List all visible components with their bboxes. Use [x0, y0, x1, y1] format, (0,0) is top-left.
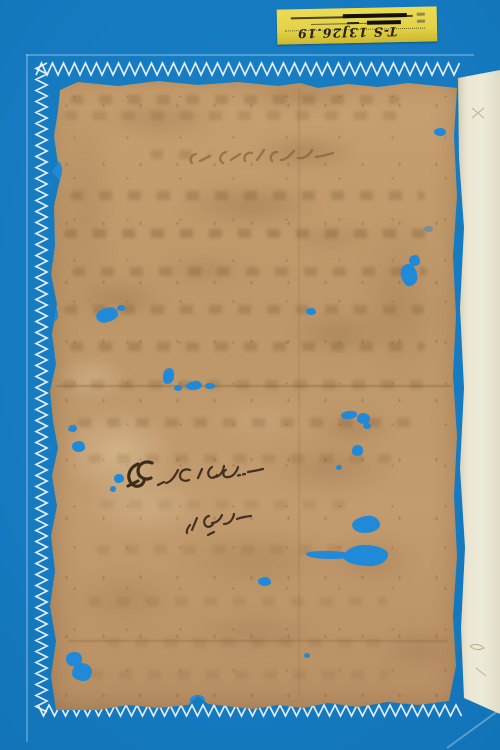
- scale-unit-mark: [417, 13, 425, 16]
- fragment-hole: [363, 423, 371, 429]
- fragment-hole: [110, 486, 116, 492]
- faded-text-line: [100, 500, 360, 509]
- fragment-hole: [304, 653, 310, 658]
- faded-text-line: [70, 191, 425, 200]
- scale-bar-icon: [347, 21, 359, 24]
- fragment-hole: [117, 305, 125, 311]
- horizontal-crease: [68, 640, 448, 642]
- vertical-crease: [298, 88, 300, 698]
- fragment-hole: [424, 226, 433, 232]
- fragment-hole: [258, 577, 271, 586]
- fragment-hole: [336, 465, 342, 470]
- fragment-hole: [114, 474, 124, 483]
- dark-stain: [175, 183, 325, 228]
- scale-bar-icon: [343, 13, 407, 18]
- fragment-hole: [434, 128, 446, 136]
- fragment-hole: [68, 425, 77, 432]
- dark-stain: [265, 441, 395, 496]
- faded-text-line: [64, 229, 434, 238]
- classmark-label: T-S 13J26.19: [277, 6, 438, 44]
- light-patch: [55, 356, 130, 401]
- manuscript-photograph: T-S 13J26.19: [0, 0, 500, 750]
- scale-unit-mark: [417, 20, 425, 23]
- horizontal-crease: [56, 385, 452, 387]
- dark-stain: [380, 626, 460, 671]
- classmark-text: T-S 13J26.19: [283, 24, 411, 42]
- faded-text-line: [78, 418, 423, 427]
- fragment-hole: [185, 380, 202, 391]
- faded-text-line: [88, 454, 393, 463]
- fragment-hole: [72, 441, 85, 452]
- faded-text-line: [150, 150, 210, 159]
- faded-text-line: [70, 342, 425, 351]
- manuscript-fragment: [48, 76, 462, 712]
- fragment-hole: [351, 515, 381, 535]
- stitch-left: [36, 63, 47, 712]
- fragment-hole: [306, 308, 316, 315]
- faded-text-line: [88, 597, 388, 606]
- dark-stain: [250, 134, 360, 170]
- faded-text-line: [64, 111, 409, 120]
- fragment-hole: [174, 385, 182, 391]
- faded-text-line: [90, 670, 390, 679]
- faded-text-line: [70, 95, 400, 104]
- faded-text-line: [72, 267, 427, 276]
- fragment-hole: [205, 383, 215, 389]
- dark-stain: [55, 70, 115, 330]
- fragment-hole: [72, 663, 92, 681]
- stitch-top: [36, 63, 460, 75]
- fragment-hole: [344, 545, 388, 566]
